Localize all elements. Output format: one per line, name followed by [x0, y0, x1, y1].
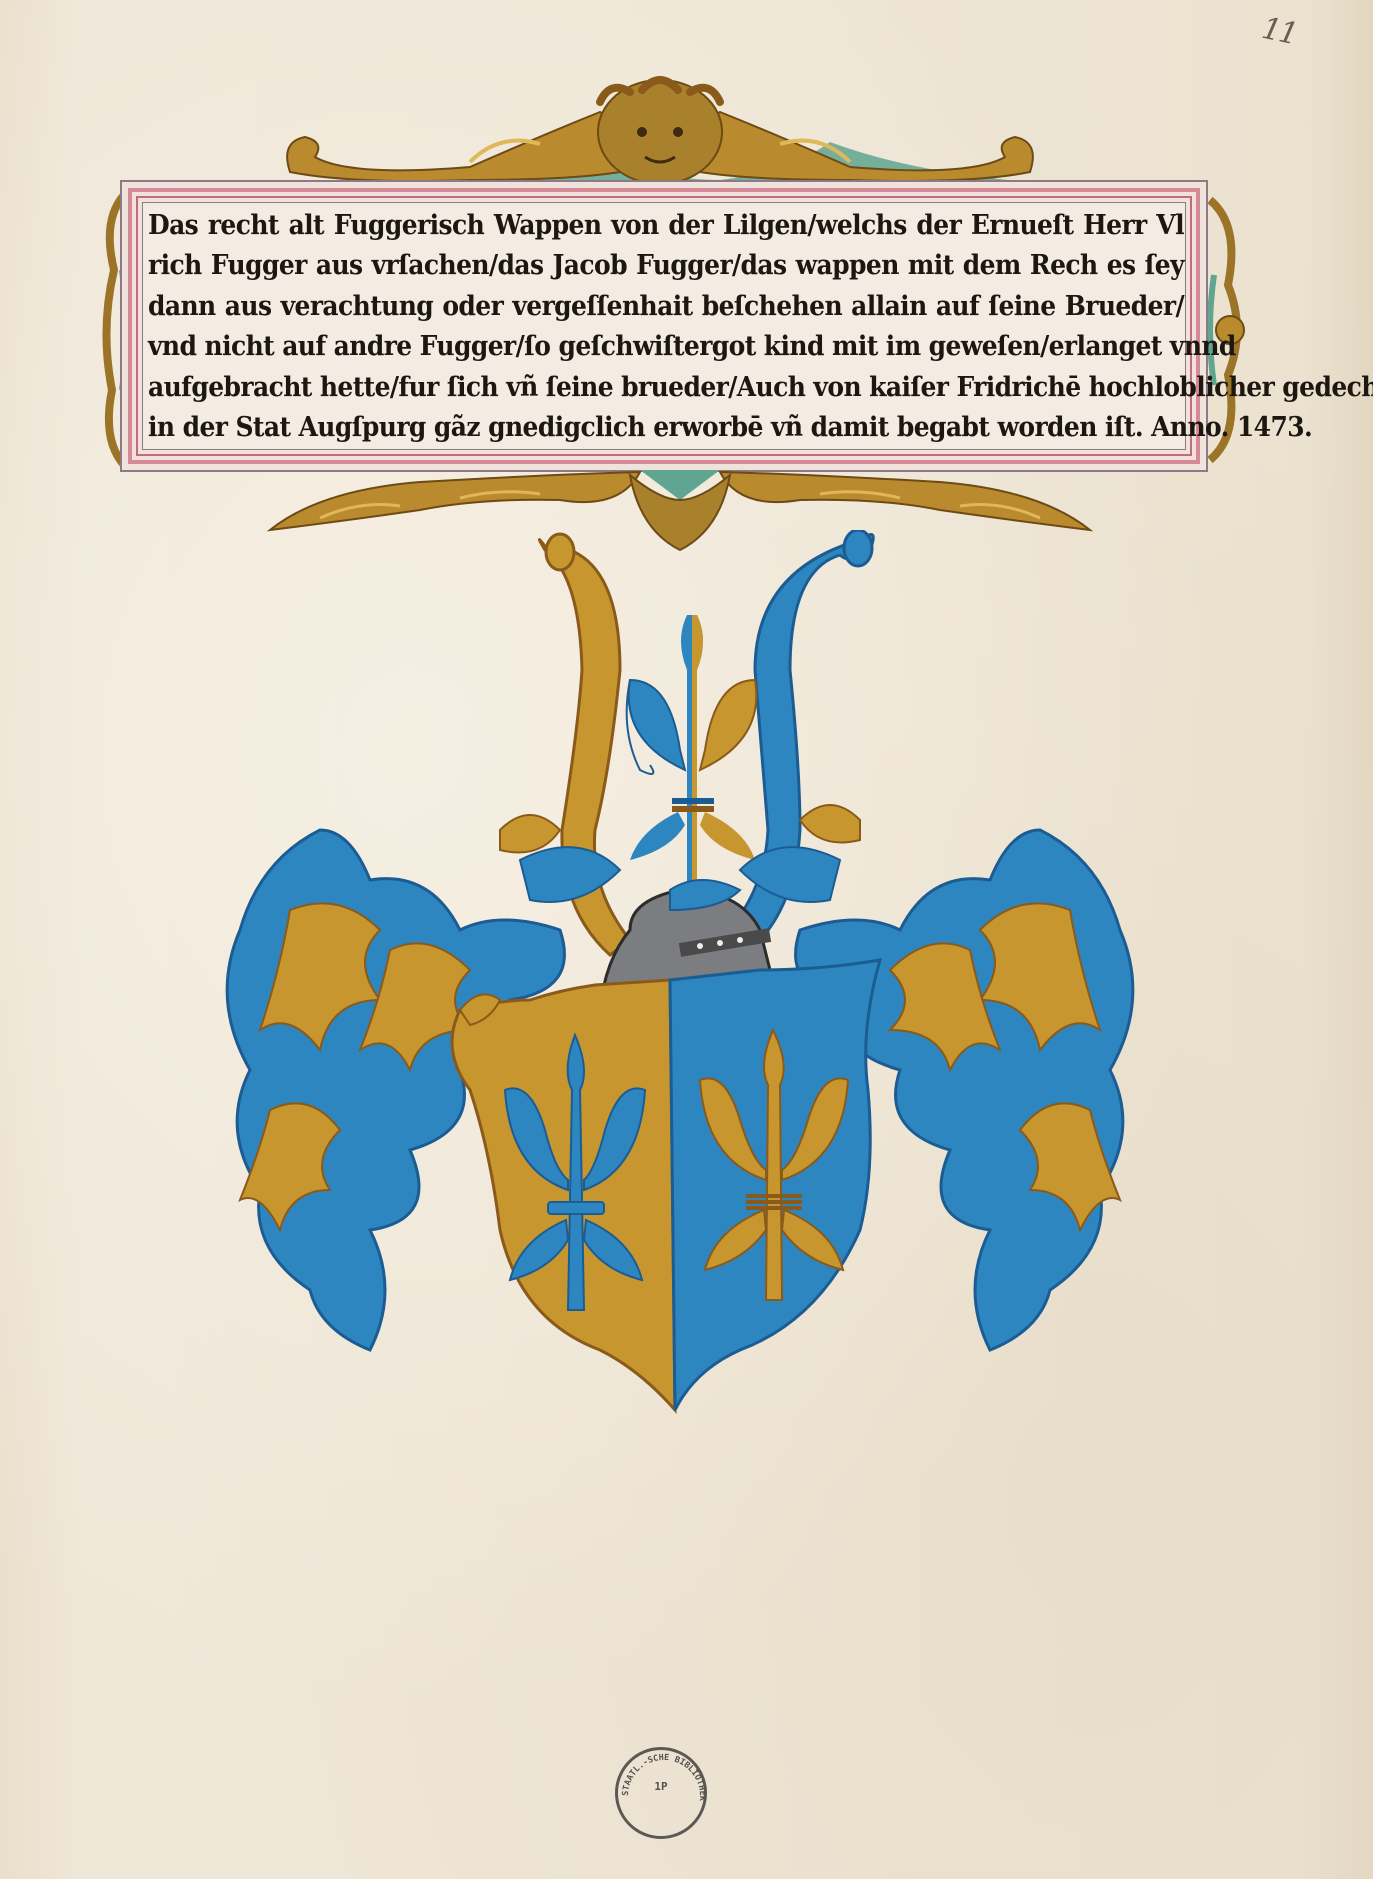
cartouche-inscription: Das recht alt Fuggerisch Wappen von der …	[148, 206, 1184, 446]
shield-icon	[452, 960, 880, 1410]
inscription-line-3: dann aus verachtung oder vergeſſenhait b…	[148, 285, 1184, 327]
stamp-ring: STAATL.-SCHE BIBLIOTHEK	[614, 1746, 714, 1846]
coat-of-arms	[200, 530, 1160, 1730]
text-cartouche: Das recht alt Fuggerisch Wappen von der …	[120, 180, 1208, 472]
top-mask-ornament-icon	[270, 72, 1050, 190]
library-stamp: STAATL.-SCHE BIBLIOTHEK 1P	[615, 1747, 707, 1839]
inscription-line-6: in der Stat Augſpurg gãz gnedigclich erw…	[148, 406, 1184, 448]
stamp-center-text: 1P	[618, 1780, 704, 1793]
inscription-line-4: vnd nicht auf andre Fugger/ſo geſchwiſte…	[148, 325, 1184, 367]
svg-text:STAATL.-SCHE BIBLIOTHEK: STAATL.-SCHE BIBLIOTHEK	[621, 1753, 707, 1802]
folio-number: 11	[1259, 11, 1300, 52]
inscription-line-1: Das recht alt Fuggerisch Wappen von der …	[148, 204, 1184, 246]
inscription-line-5: aufgebracht hette/fur ſich vñ ſeine brue…	[148, 366, 1184, 408]
inscription-line-2: rich Fugger aus vrſachen/das Jacob Fugge…	[148, 244, 1184, 286]
manuscript-page: 11 Das recht alt Fuggerisch Wappen von d…	[0, 0, 1373, 1879]
